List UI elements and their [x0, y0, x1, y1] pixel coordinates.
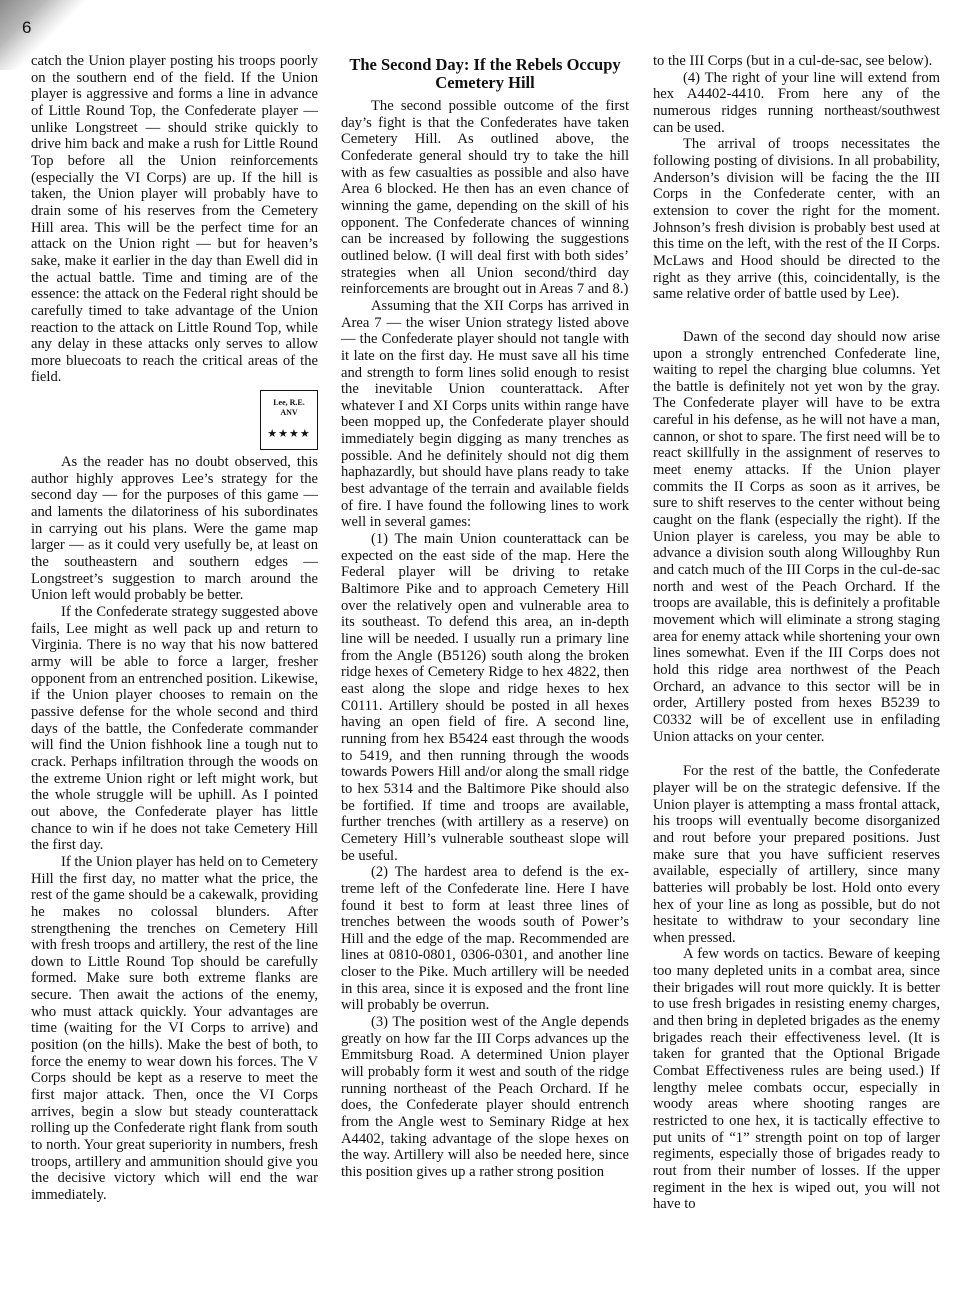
leader-army: ANV — [261, 408, 317, 418]
paragraph: A few words on tactics. Beware of keep­i… — [653, 946, 940, 1213]
page-number: 6 — [22, 18, 31, 38]
paragraph: As the reader has no doubt observed, thi… — [31, 454, 318, 604]
paragraph: to the III Corps (but in a cul-de-sac, s… — [653, 53, 940, 70]
column-2: The Second Day: If the Rebels Occupy Cem… — [341, 53, 629, 1181]
leader-card: Lee, R.E. ANV ★★★★ — [260, 390, 318, 450]
leader-card-area: Lee, R.E. ANV ★★★★ — [31, 386, 318, 454]
paragraph: catch the Union player posting his troop… — [31, 53, 318, 386]
paragraph: The second possible outcome of the first… — [341, 98, 629, 298]
paragraph: (1) The main Union counterattack can be … — [341, 531, 629, 864]
section-heading: The Second Day: If the Rebels Occupy Cem… — [341, 56, 629, 92]
paragraph: Assuming that the XII Corps has arrived … — [341, 298, 629, 531]
paragraph: For the rest of the battle, the Confeder… — [653, 763, 940, 946]
paragraph: The arrival of troops necessitates the f… — [653, 136, 940, 303]
spacer — [653, 745, 940, 763]
paragraph: If the Union player has held on to Ceme­… — [31, 854, 318, 1204]
column-1: catch the Union player posting his troop… — [31, 53, 318, 1204]
paragraph: (2) The hardest area to defend is the ex… — [341, 864, 629, 1014]
star-rating-icon: ★★★★ — [261, 426, 317, 443]
paragraph: Dawn of the second day should now arise … — [653, 329, 940, 745]
paragraph: If the Confederate strategy suggested ab… — [31, 604, 318, 854]
paragraph: (3) The position west of the Angle de­pe… — [341, 1014, 629, 1181]
column-3: to the III Corps (but in a cul-de-sac, s… — [653, 53, 940, 1213]
paragraph: (4) The right of your line will extend f… — [653, 70, 940, 137]
spacer — [653, 303, 940, 329]
leader-name: Lee, R.E. — [261, 398, 317, 408]
